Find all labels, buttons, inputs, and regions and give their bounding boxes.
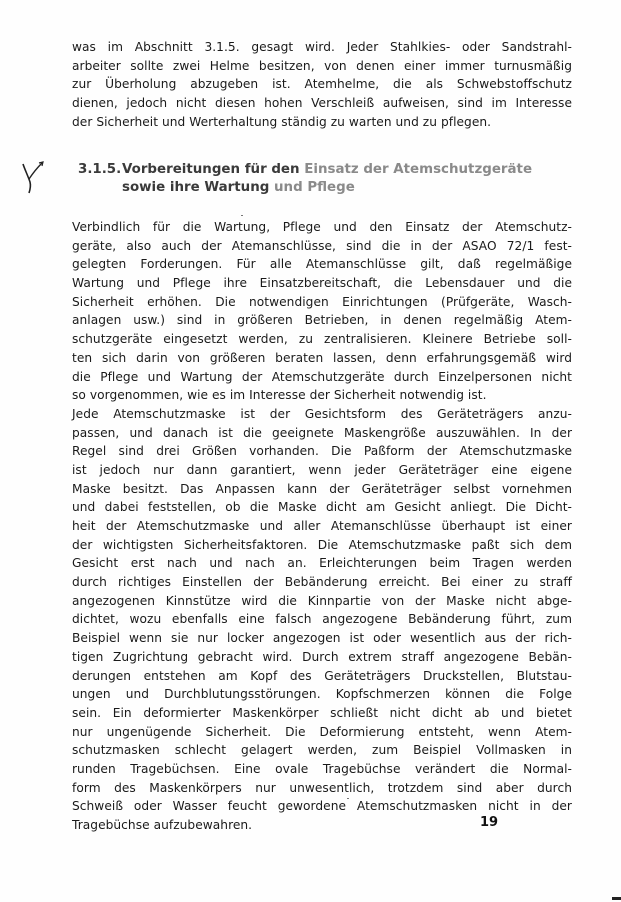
title-text-faded: Einsatz der Atemschutzgeräte <box>304 162 532 177</box>
scan-speck <box>347 798 349 799</box>
text-line: Wartung und Pflege ihre Einsatzbereitsch… <box>72 274 572 293</box>
title-text: Vorbereitungen für den <box>122 162 304 177</box>
page-number: 19 <box>480 815 498 830</box>
scan-edge-mark <box>612 897 621 900</box>
text-line: Gesicht erst nach und nach an. Erleichte… <box>72 554 572 573</box>
text-line: die Pflege und Wartung der Atemschutzger… <box>72 368 572 387</box>
body-paragraph: Verbindlich für die Wartung, Pflege und … <box>72 218 572 835</box>
section-title-line-2: sowie ihre Wartung und Pflege <box>122 178 355 197</box>
text-line: Regel sind drei Größen vorhanden. Die Pa… <box>72 442 572 461</box>
text-line: sein. Ein deformierter Maskenkörper schl… <box>72 704 572 723</box>
text-line: ungen und Durchblutungsstörungen. Kopfsc… <box>72 685 572 704</box>
text-line: schutzmasken schlecht gelagert werden, z… <box>72 741 572 760</box>
text-line: form des Maskenkörpers nur unwesentlich,… <box>72 779 572 798</box>
text-line: gelegten Forderungen. Für alle Atemansch… <box>72 255 572 274</box>
text-line: dichtet, wozu ebenfalls eine falsch ange… <box>72 610 572 629</box>
scanned-page: was im Abschnitt 3.1.5. gesagt wird. Jed… <box>0 0 621 902</box>
text-line: ist jedoch nur dann garantiert, wenn jed… <box>72 461 572 480</box>
text-line: runden Tragebüchsen. Eine ovale Tragebüc… <box>72 760 572 779</box>
text-line: schutzgeräte eingesetzt werden, zu zentr… <box>72 330 572 349</box>
text-line: arbeiter sollte zwei Helme besitzen, von… <box>72 57 572 76</box>
text-line: passen, und danach ist die geeignete Mas… <box>72 424 572 443</box>
text-line: anlagen usw.) sind in größeren Betrieben… <box>72 311 572 330</box>
text-line: was im Abschnitt 3.1.5. gesagt wird. Jed… <box>72 38 572 57</box>
text-line: durch richtiges Einstellen der Bebänderu… <box>72 573 572 592</box>
text-line: angezogenen Kinnstütze wird die Kinnpart… <box>72 592 572 611</box>
title-text-faded: und Pflege <box>274 180 355 195</box>
text-line: und dabei feststellen, ob die Maske dich… <box>72 498 572 517</box>
text-line: so vorgenommen, wie es im Interesse der … <box>72 386 572 405</box>
text-line: der wichtigsten Sicherheitsfaktoren. Die… <box>72 536 572 555</box>
handwritten-checkmark-icon <box>20 160 46 194</box>
section-title-line-1: Vorbereitungen für den Einsatz der Atems… <box>122 160 532 179</box>
text-line: geräte, also auch der Atemanschlüsse, si… <box>72 237 572 256</box>
text-line: der Sicherheit und Werterhaltung ständig… <box>72 113 572 132</box>
text-line: Schweiß oder Wasser feucht gewordene Ate… <box>72 797 572 816</box>
text-line: Maske besitzt. Das Anpassen kann der Ger… <box>72 480 572 499</box>
text-line: Beispiel wenn sie nur locker angezogen i… <box>72 629 572 648</box>
text-line: tigen Zugrichtung gebracht wird. Durch e… <box>72 648 572 667</box>
text-line: Verbindlich für die Wartung, Pflege und … <box>72 218 572 237</box>
title-text: sowie ihre Wartung <box>122 180 274 195</box>
text-line: Sicherheit erhöhen. Die notwendigen Einr… <box>72 293 572 312</box>
scan-speck <box>241 215 243 216</box>
intro-paragraph: was im Abschnitt 3.1.5. gesagt wird. Jed… <box>72 38 572 131</box>
text-line: zur Überholung abzugeben ist. Atemhelme,… <box>72 75 572 94</box>
text-line: nur ungenügende Sicherheit. Die Deformie… <box>72 723 572 742</box>
text-line: Jede Atemschutzmaske ist der Gesichtsfor… <box>72 405 572 424</box>
section-number: 3.1.5. <box>78 160 121 179</box>
text-line: dienen, jedoch nicht diesen hohen Versch… <box>72 94 572 113</box>
text-line: heit der Atemschutzmaske und aller Atema… <box>72 517 572 536</box>
text-line: derungen entstehen am Kopf des Geräteträ… <box>72 667 572 686</box>
text-line: ten sich darin von größeren beraten lass… <box>72 349 572 368</box>
